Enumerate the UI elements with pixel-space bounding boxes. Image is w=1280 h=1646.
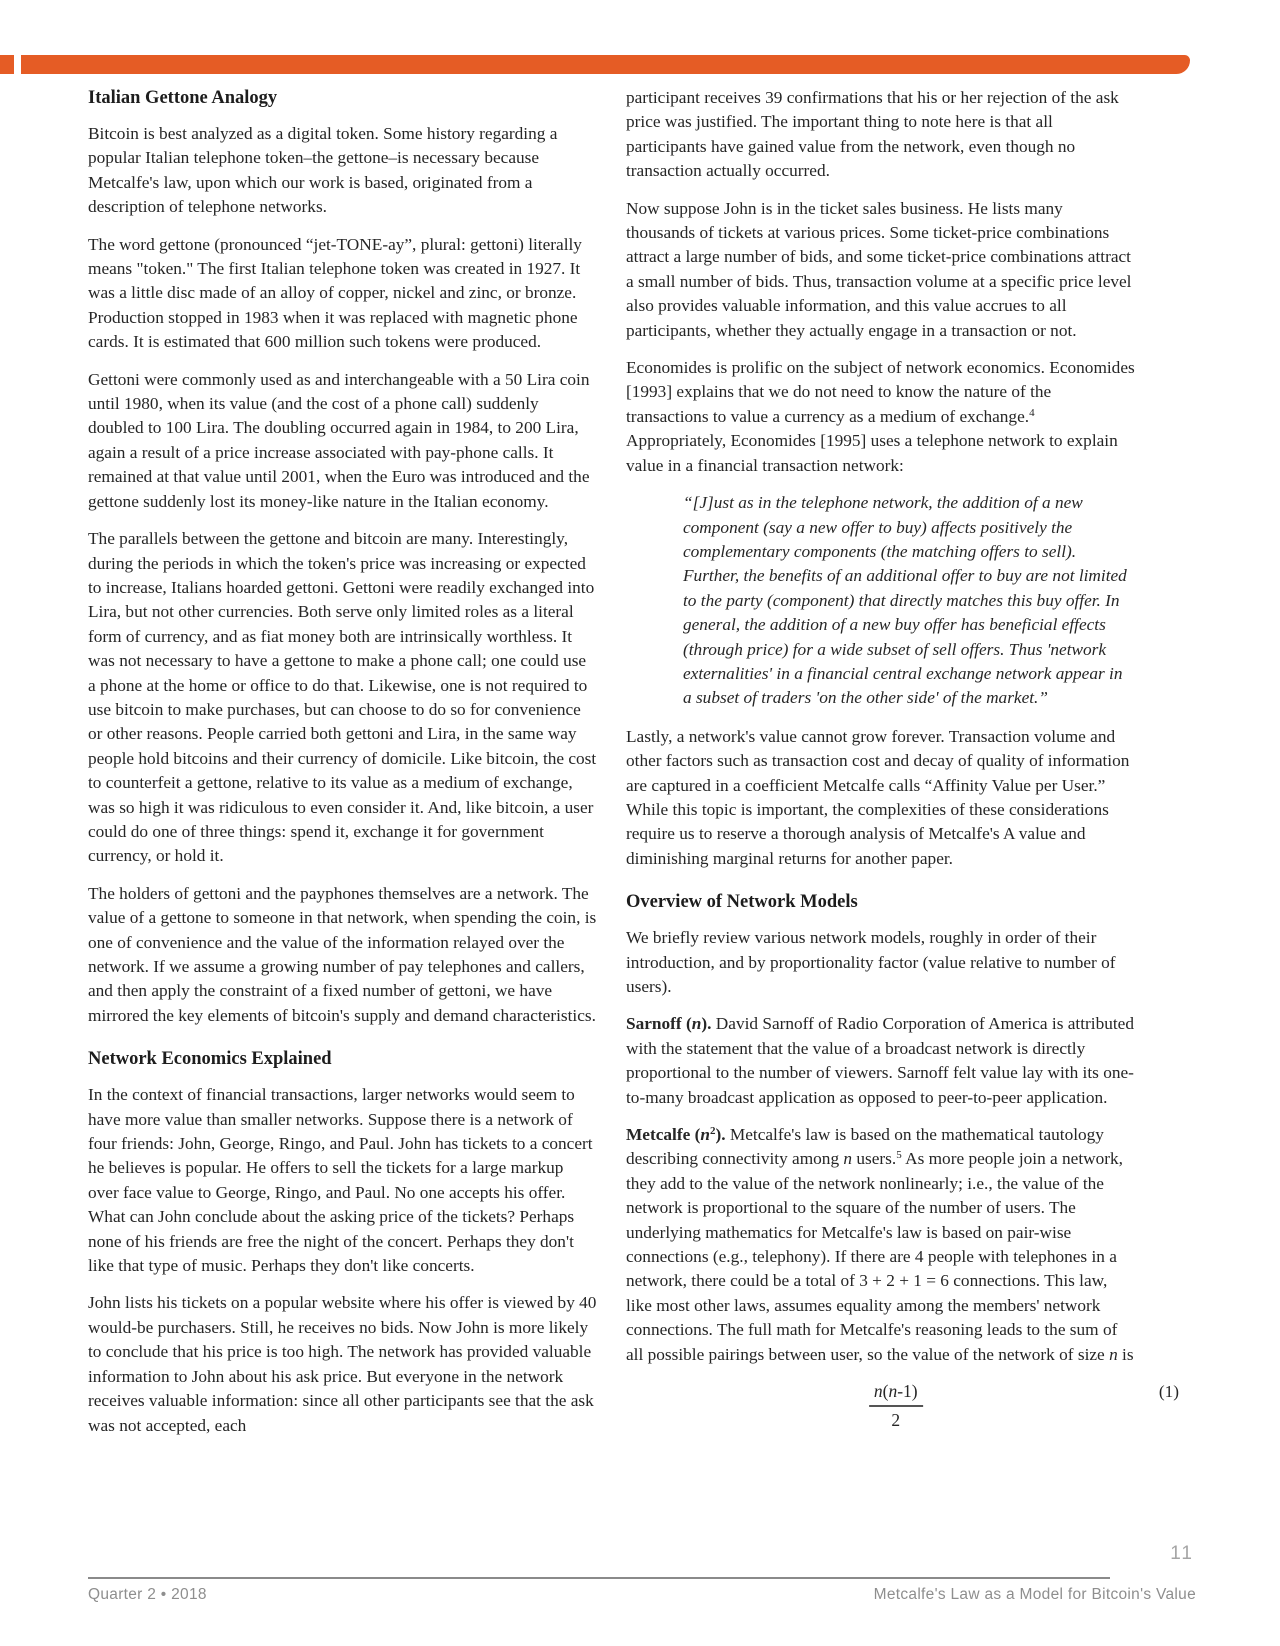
section-heading: Italian Gettone Analogy xyxy=(88,86,597,110)
article-body: Italian Gettone AnalogyBitcoin is best a… xyxy=(88,86,1135,1451)
text-run: Gettoni were commonly used as and interc… xyxy=(88,370,590,511)
paragraph: We briefly review various network models… xyxy=(626,926,1135,999)
section-heading: Network Economics Explained xyxy=(88,1047,597,1071)
text-run: The holders of gettoni and the payphones… xyxy=(88,884,596,1025)
footer-article-title: Metcalfe's Law as a Model for Bitcoin's … xyxy=(874,1586,1196,1604)
equation: n(n-1)2(1) xyxy=(626,1380,1135,1450)
block-quote: “[J]ust as in the telephone network, the… xyxy=(683,491,1135,711)
fraction-numerator: n(n-1) xyxy=(869,1380,923,1407)
text-run: In the context of financial transactions… xyxy=(88,1085,593,1275)
text-run: ). xyxy=(715,1125,725,1144)
fraction: n(n-1)2 xyxy=(869,1380,923,1432)
text-run: Bitcoin is best analyzed as a digital to… xyxy=(88,124,557,216)
text-run: n xyxy=(692,1014,702,1033)
footer-rule xyxy=(88,1577,1110,1579)
text-run: 4 xyxy=(1029,407,1035,419)
paragraph: participant receives 39 confirmations th… xyxy=(626,86,1135,184)
text-run: Economides is prolific on the subject of… xyxy=(626,358,1135,426)
text-run: n xyxy=(843,1149,852,1168)
paragraph: The parallels between the gettone and bi… xyxy=(88,527,597,869)
text-run: n xyxy=(700,1125,710,1144)
footer: Quarter 2 • 2018 Metcalfe's Law as a Mod… xyxy=(88,1586,1196,1604)
text-run: -1) xyxy=(897,1381,917,1401)
header-accent-bar xyxy=(21,55,1190,74)
paragraph: John lists his tickets on a popular webs… xyxy=(88,1291,597,1437)
text-run: Appropriately, Economides [1995] uses a … xyxy=(626,431,1118,474)
text-run: Metcalfe ( xyxy=(626,1125,700,1144)
paragraph: Lastly, a network's value cannot grow fo… xyxy=(626,725,1135,871)
text-run: users. xyxy=(852,1149,896,1168)
fraction-denominator: 2 xyxy=(869,1407,923,1432)
paragraph: The holders of gettoni and the payphones… xyxy=(88,882,597,1028)
paragraph: The word gettone (pronounced “jet-TONE-a… xyxy=(88,233,597,355)
paragraph: Sarnoff (n). David Sarnoff of Radio Corp… xyxy=(626,1012,1135,1110)
text-run: We briefly review various network models… xyxy=(626,928,1116,996)
right-column: participant receives 39 confirmations th… xyxy=(626,86,1135,1451)
footer-issue: Quarter 2 • 2018 xyxy=(88,1586,207,1604)
text-run: Lastly, a network's value cannot grow fo… xyxy=(626,727,1129,868)
left-column: Italian Gettone AnalogyBitcoin is best a… xyxy=(88,86,597,1451)
text-run: Sarnoff ( xyxy=(626,1014,692,1033)
text-run: n xyxy=(1109,1345,1118,1364)
paragraph: Now suppose John is in the ticket sales … xyxy=(626,197,1135,343)
text-run: “[J]ust as in the telephone network, the… xyxy=(683,493,1127,707)
section-heading: Overview of Network Models xyxy=(626,890,1135,914)
paragraph: Bitcoin is best analyzed as a digital to… xyxy=(88,122,597,220)
equation-number: (1) xyxy=(1159,1382,1179,1402)
paragraph: Gettoni were commonly used as and interc… xyxy=(88,368,597,514)
text-run: As more people join a network, they add … xyxy=(626,1149,1123,1363)
text-run: n xyxy=(874,1381,883,1401)
paragraph: In the context of financial transactions… xyxy=(88,1083,597,1278)
header-accent-stub xyxy=(0,55,14,74)
text-run: participant receives 39 confirmations th… xyxy=(626,88,1119,180)
paragraph: Metcalfe (n2). Metcalfe's law is based o… xyxy=(626,1123,1135,1367)
text-run: Now suppose John is in the ticket sales … xyxy=(626,199,1132,340)
text-run: The word gettone (pronounced “jet-TONE-a… xyxy=(88,235,582,352)
text-run: is xyxy=(1118,1345,1134,1364)
text-run: ). xyxy=(701,1014,711,1033)
page-number: 11 xyxy=(1170,1543,1194,1565)
paragraph: Economides is prolific on the subject of… xyxy=(626,356,1135,478)
text-run: The parallels between the gettone and bi… xyxy=(88,529,596,865)
text-run: John lists his tickets on a popular webs… xyxy=(88,1293,596,1434)
